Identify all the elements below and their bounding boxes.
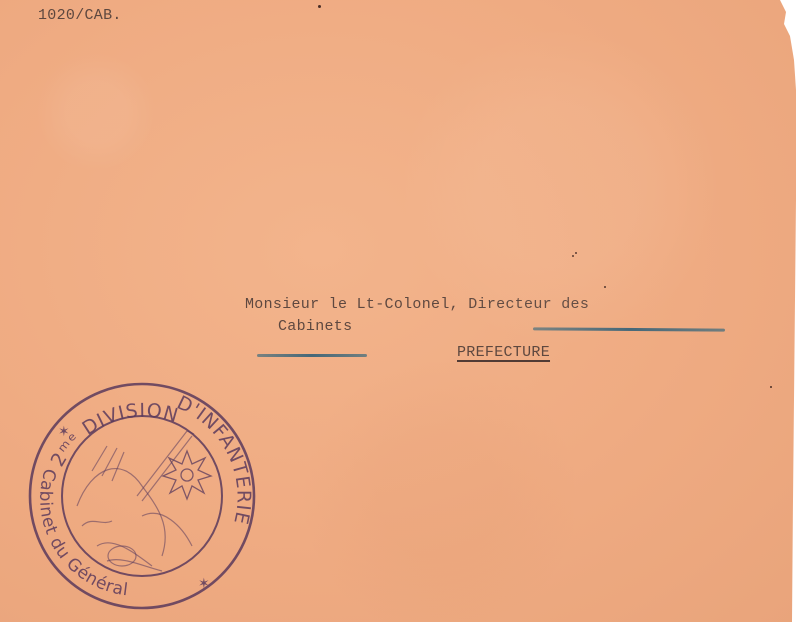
ink-speck <box>604 286 606 288</box>
stamp-bottom-text: Cabinet du Général <box>35 466 129 600</box>
division-stamp: 2ᵐᵉ DIVISION D'INFANTERIE Cabinet du Gén… <box>22 376 262 616</box>
svg-text:Cabinet du Général: Cabinet du Général <box>35 466 129 600</box>
svg-text:✶: ✶ <box>58 424 70 440</box>
addressee-line-1: Monsieur le Lt-Colonel, Directeur des <box>245 296 589 313</box>
blue-pencil-underline <box>257 354 367 357</box>
svg-text:✶: ✶ <box>198 576 210 592</box>
reference-number: 1020/CAB. <box>38 7 122 24</box>
ink-speck <box>575 252 577 254</box>
addressee-line-2: Cabinets <box>278 318 352 335</box>
addressee-prefecture: PREFECTURE <box>457 344 550 361</box>
ink-speck <box>572 255 574 257</box>
stamp-seal-icon: 2ᵐᵉ DIVISION D'INFANTERIE Cabinet du Gén… <box>22 376 262 616</box>
ink-speck <box>318 5 321 8</box>
blue-pencil-underline <box>533 327 725 331</box>
ink-speck <box>770 386 772 388</box>
paper-sheet: 1020/CAB. Monsieur le Lt-Colonel, Direct… <box>0 0 800 622</box>
